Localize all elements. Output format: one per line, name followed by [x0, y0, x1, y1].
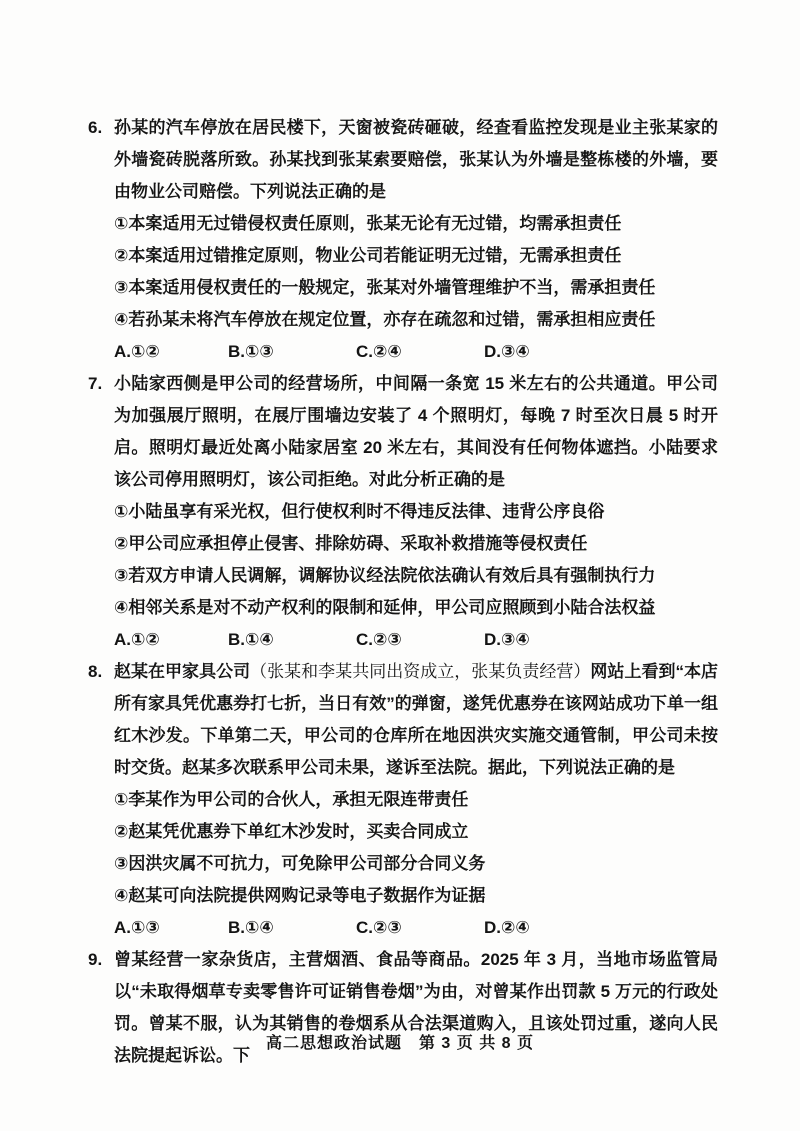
question-6-choice-d: D.③④ [484, 336, 718, 368]
question-6-choice-a: A.①② [114, 336, 228, 368]
question-7-number: 7. [88, 368, 114, 400]
question-8-choice-d: D.②④ [484, 912, 718, 944]
question-8-stem-prefix: 赵某在甲家具公司 [114, 662, 250, 681]
question-7-option-2: ②甲公司应承担停止侵害、排除妨碍、采取补救措施等侵权责任 [114, 528, 718, 560]
question-7-choice-b: B.①④ [228, 624, 356, 656]
question-8-option-2: ②赵某凭优惠券下单红木沙发时，买卖合同成立 [114, 816, 718, 848]
question-8-choice-b: B.①④ [228, 912, 356, 944]
question-6-option-4: ④若孙某未将汽车停放在规定位置，亦存在疏忽和过错，需承担相应责任 [114, 304, 718, 336]
question-8-stem-parenthetical: （张某和李某共同出资成立，张某负责经营） [250, 662, 590, 681]
question-8-choice-row: A.①③ B.①④ C.②③ D.②④ [114, 912, 718, 944]
question-8-option-3: ③因洪灾属不可抗力，可免除甲公司部分合同义务 [114, 848, 718, 880]
question-7-option-1: ①小陆虽享有采光权，但行使权利时不得违反法律、违背公序良俗 [114, 496, 718, 528]
question-8-option-4: ④赵某可向法院提供网购记录等电子数据作为证据 [114, 880, 718, 912]
page-footer: 高二思想政治试题 第 3 页 共 8 页 [0, 1028, 800, 1060]
question-6-option-1: ①本案适用无过错侵权责任原则，张某无论有无过错，均需承担责任 [114, 208, 718, 240]
question-7-body: 小陆家西侧是甲公司的经营场所，中间隔一条宽 15 米左右的公共通道。甲公司为加强… [114, 368, 718, 656]
question-7-option-4: ④相邻关系是对不动产权利的限制和延伸，甲公司应照顾到小陆合法权益 [114, 592, 718, 624]
question-9-number: 9. [88, 944, 114, 976]
question-6-stem: 孙某的汽车停放在居民楼下，天窗被瓷砖砸破，经查看监控发现是业主张某家的外墙瓷砖脱… [114, 112, 718, 208]
question-6-option-2: ②本案适用过错推定原则，物业公司若能证明无过错，无需承担责任 [114, 240, 718, 272]
question-8-option-1: ①李某作为甲公司的合伙人，承担无限连带责任 [114, 784, 718, 816]
question-6-choice-row: A.①② B.①③ C.②④ D.③④ [114, 336, 718, 368]
question-6-choice-c: C.②④ [356, 336, 484, 368]
footer-text: 高二思想政治试题 第 3 页 共 8 页 [266, 1035, 534, 1052]
question-7-stem-text: 小陆家西侧是甲公司的经营场所，中间隔一条宽 15 米左右的公共通道。甲公司为加强… [114, 374, 718, 489]
question-7-option-3: ③若双方申请人民调解，调解协议经法院依法确认有效后具有强制执行力 [114, 560, 718, 592]
question-8-body: 赵某在甲家具公司（张某和李某共同出资成立，张某负责经营）网站上看到“本店所有家具… [114, 656, 718, 944]
question-6-stem-text: 孙某的汽车停放在居民楼下，天窗被瓷砖砸破，经查看监控发现是业主张某家的外墙瓷砖脱… [114, 118, 718, 201]
question-7: 7. 小陆家西侧是甲公司的经营场所，中间隔一条宽 15 米左右的公共通道。甲公司… [88, 368, 718, 656]
question-6: 6. 孙某的汽车停放在居民楼下，天窗被瓷砖砸破，经查看监控发现是业主张某家的外墙… [88, 112, 718, 368]
question-6-option-3: ③本案适用侵权责任的一般规定，张某对外墙管理维护不当，需承担责任 [114, 272, 718, 304]
question-7-stem: 小陆家西侧是甲公司的经营场所，中间隔一条宽 15 米左右的公共通道。甲公司为加强… [114, 368, 718, 496]
question-7-choice-row: A.①② B.①④ C.②③ D.③④ [114, 624, 718, 656]
question-8-number: 8. [88, 656, 114, 688]
question-8-stem: 赵某在甲家具公司（张某和李某共同出资成立，张某负责经营）网站上看到“本店所有家具… [114, 656, 718, 784]
question-6-number: 6. [88, 112, 114, 144]
question-7-choice-c: C.②③ [356, 624, 484, 656]
question-7-choice-a: A.①② [114, 624, 228, 656]
exam-page: 6. 孙某的汽车停放在居民楼下，天窗被瓷砖砸破，经查看监控发现是业主张某家的外墙… [0, 0, 800, 1131]
questions-area: 6. 孙某的汽车停放在居民楼下，天窗被瓷砖砸破，经查看监控发现是业主张某家的外墙… [88, 112, 718, 1072]
question-7-choice-d: D.③④ [484, 624, 718, 656]
question-6-body: 孙某的汽车停放在居民楼下，天窗被瓷砖砸破，经查看监控发现是业主张某家的外墙瓷砖脱… [114, 112, 718, 368]
question-8-choice-a: A.①③ [114, 912, 228, 944]
question-8: 8. 赵某在甲家具公司（张某和李某共同出资成立，张某负责经营）网站上看到“本店所… [88, 656, 718, 944]
question-8-choice-c: C.②③ [356, 912, 484, 944]
question-6-choice-b: B.①③ [228, 336, 356, 368]
